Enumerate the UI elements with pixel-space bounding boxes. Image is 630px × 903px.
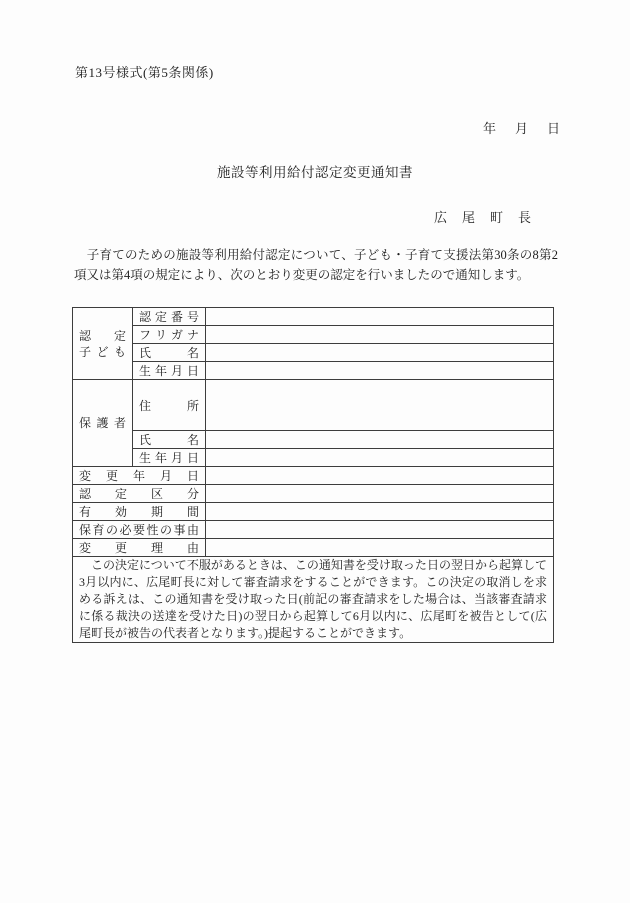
furigana-label: フ リ ガ ナ	[133, 326, 206, 344]
row-change-reason: 変 更 理 由	[73, 539, 554, 557]
change-date-value-cell	[206, 467, 554, 485]
cert-number-value-cell	[206, 308, 554, 326]
intro-paragraph: 子育てのための施設等利用給付認定について、子ども・子育て支援法第30条の8第2項…	[74, 245, 558, 285]
row-address: 保 護 者 住 所	[73, 380, 554, 431]
row-child-name: 氏 名	[73, 344, 554, 362]
appeal-notice-cell: この決定について不服があるときは、この通知書を受け取った日の翌日から起算して3月…	[73, 557, 554, 643]
document-title: 施設等利用給付認定変更通知書	[0, 161, 630, 181]
row-change-date: 変 更 年 月 日	[73, 467, 554, 485]
row-cert-number: 認 定 子 ど も 認 定 番 号	[73, 308, 554, 326]
child-birthdate-label: 生 年 月 日	[133, 362, 206, 380]
addressee-mayor: 広 尾 町 長	[434, 207, 532, 226]
child-birthdate-value-cell	[206, 362, 554, 380]
address-value-cell	[206, 380, 554, 431]
date-line: 年 月 日	[483, 118, 563, 137]
document-page: 第13号様式(第5条関係) 年 月 日 施設等利用給付認定変更通知書 広 尾 町…	[0, 0, 630, 903]
cert-category-label: 認 定 区 分	[73, 485, 206, 503]
child-name-label: 氏 名	[133, 344, 206, 362]
row-cert-category: 認 定 区 分	[73, 485, 554, 503]
change-date-label: 変 更 年 月 日	[73, 467, 206, 485]
guardian-birthdate-value-cell	[206, 449, 554, 467]
guardian-name-value-cell	[206, 431, 554, 449]
cert-number-label: 認 定 番 号	[133, 308, 206, 326]
guardian-group-line: 保 護 者	[79, 415, 126, 431]
row-guardian-name: 氏 名	[73, 431, 554, 449]
child-group-line1: 認 定	[79, 328, 126, 344]
child-section-group-label: 認 定 子 ど も	[73, 308, 133, 380]
furigana-value-cell	[206, 326, 554, 344]
change-reason-label: 変 更 理 由	[73, 539, 206, 557]
guardian-section-group-label: 保 護 者	[73, 380, 133, 467]
row-child-birthdate: 生 年 月 日	[73, 362, 554, 380]
valid-period-value-cell	[206, 503, 554, 521]
child-group-line2: 子 ど も	[79, 344, 126, 360]
change-reason-value-cell	[206, 539, 554, 557]
appeal-notice-text: この決定について不服があるときは、この通知書を受け取った日の翌日から起算して3月…	[79, 557, 547, 642]
guardian-name-label: 氏 名	[133, 431, 206, 449]
row-valid-period: 有 効 期 間	[73, 503, 554, 521]
child-name-value-cell	[206, 344, 554, 362]
row-guardian-birthdate: 生 年 月 日	[73, 449, 554, 467]
guardian-birthdate-label: 生 年 月 日	[133, 449, 206, 467]
row-childcare-need-reason: 保育の必要性の事由	[73, 521, 554, 539]
row-furigana: フ リ ガ ナ	[73, 326, 554, 344]
form-number: 第13号様式(第5条関係)	[75, 62, 214, 81]
address-label: 住 所	[133, 380, 206, 431]
childcare-need-reason-value-cell	[206, 521, 554, 539]
childcare-need-reason-label: 保育の必要性の事由	[73, 521, 206, 539]
cert-category-value-cell	[206, 485, 554, 503]
certification-table: 認 定 子 ど も 認 定 番 号 フ リ ガ ナ 氏 名 生 年 月 日	[72, 307, 554, 643]
row-appeal-notice: この決定について不服があるときは、この通知書を受け取った日の翌日から起算して3月…	[73, 557, 554, 643]
valid-period-label: 有 効 期 間	[73, 503, 206, 521]
